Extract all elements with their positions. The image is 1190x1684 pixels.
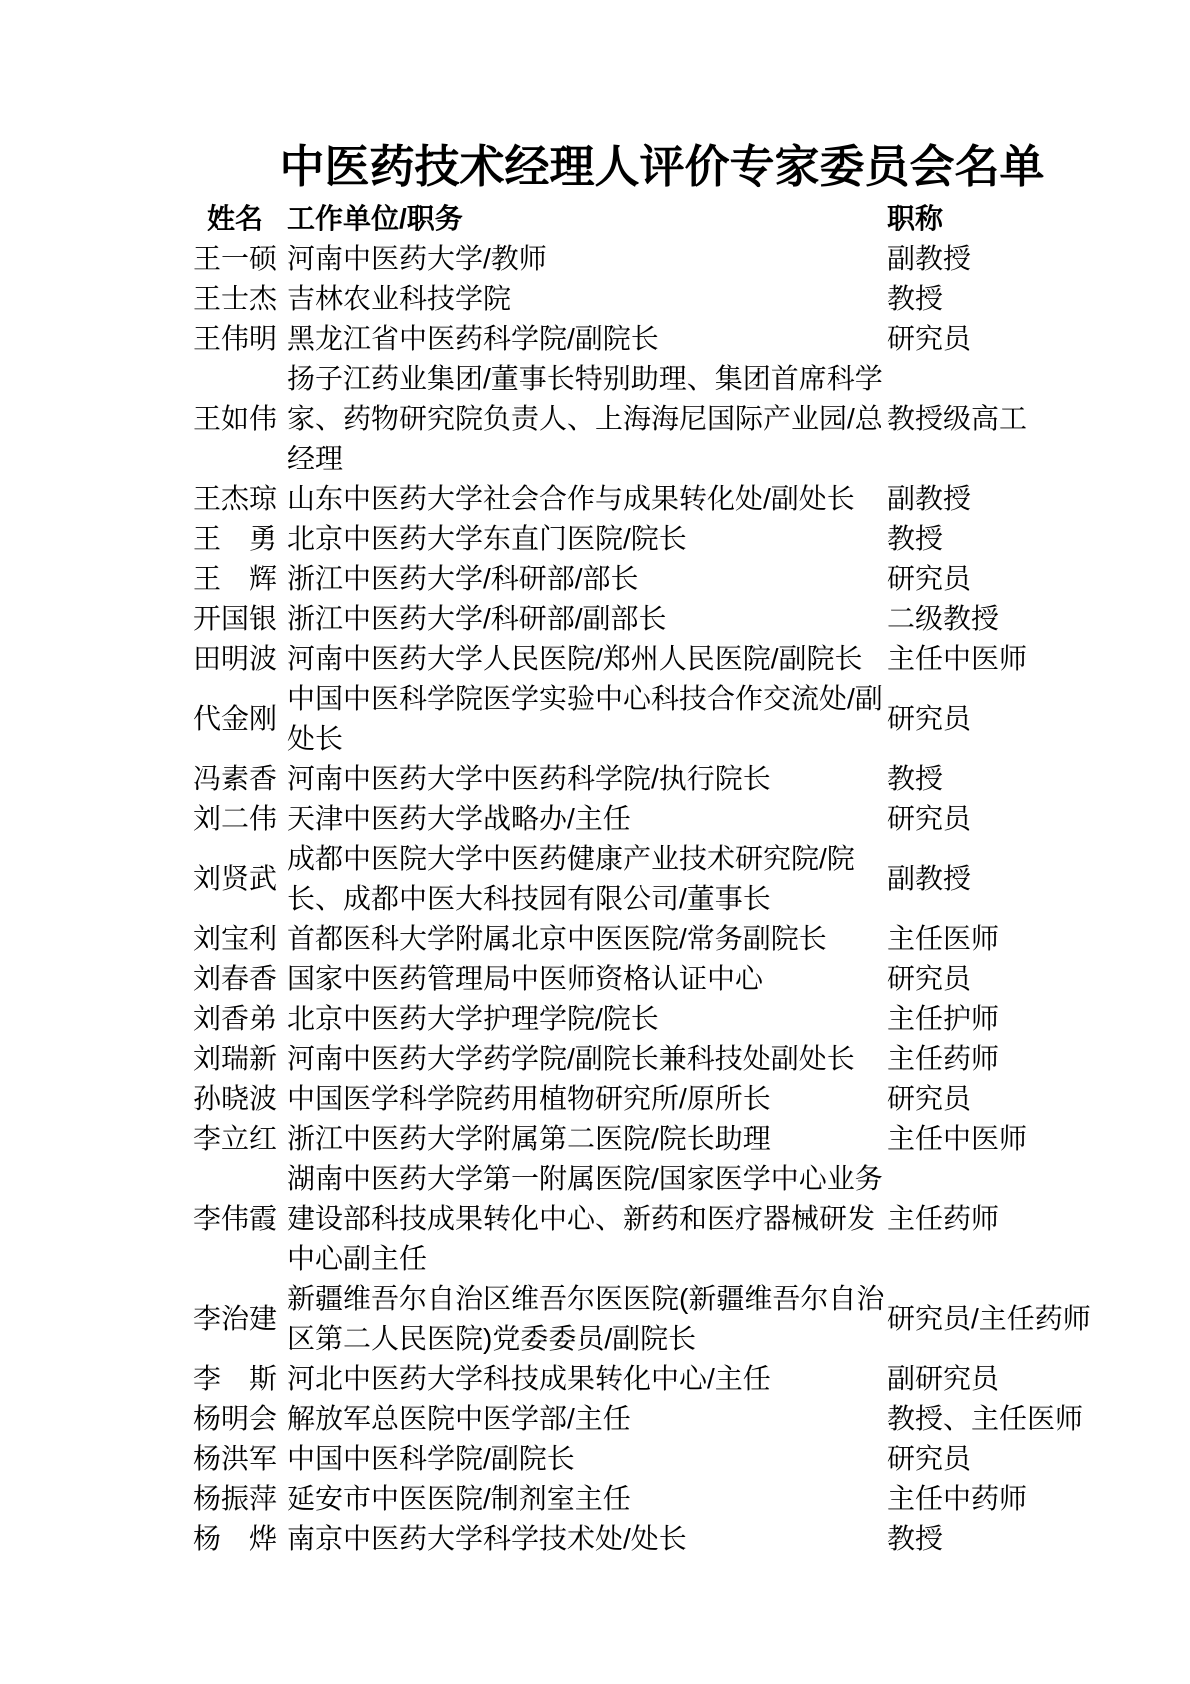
expert-work-unit: 浙江中医药大学/科研部/副部长 (287, 599, 887, 639)
expert-name: 冯素香 (190, 759, 280, 799)
expert-rank: 副教授 (887, 479, 1120, 519)
expert-rank: 主任护师 (887, 999, 1120, 1039)
expert-name: 杨振萍 (190, 1479, 280, 1519)
table-row: 刘香弟 北京中医药大学护理学院/院长 主任护师 (190, 999, 1120, 1039)
expert-rank: 研究员 (887, 1079, 1120, 1119)
expert-work-unit: 北京中医药大学护理学院/院长 (287, 999, 887, 1039)
table-row: 冯素香 河南中医药大学中医药科学院/执行院长 教授 (190, 759, 1120, 799)
table-row: 王杰琼 山东中医药大学社会合作与成果转化处/副处长 副教授 (190, 479, 1120, 519)
expert-work-unit: 河南中医药大学人民医院/郑州人民医院/副院长 (287, 639, 887, 679)
expert-rank: 教授 (887, 279, 1120, 319)
expert-work-unit: 首都医科大学附属北京中医医院/常务副院长 (287, 919, 887, 959)
table-row: 杨明会 解放军总医院中医学部/主任 教授、主任医师 (190, 1399, 1120, 1439)
expert-rank: 副教授 (887, 859, 1120, 899)
table-row: 王伟明 黑龙江省中医药科学院/副院长 研究员 (190, 319, 1120, 359)
expert-name: 田明波 (190, 639, 280, 679)
table-row: 李立红 浙江中医药大学附属第二医院/院长助理 主任中医师 (190, 1119, 1120, 1159)
expert-rank: 研究员 (887, 1439, 1120, 1479)
expert-work-unit: 中国中医科学院医学实验中心科技合作交流处/副处长 (287, 679, 887, 759)
table-header-row: 姓名 工作单位/职务 职称 (190, 199, 1120, 239)
expert-work-unit: 延安市中医医院/制剂室主任 (287, 1479, 887, 1519)
expert-work-unit: 解放军总医院中医学部/主任 (287, 1399, 887, 1439)
expert-work-unit: 浙江中医药大学/科研部/部长 (287, 559, 887, 599)
expert-name: 刘瑞新 (190, 1039, 280, 1079)
expert-rank: 研究员 (887, 699, 1120, 739)
expert-rank: 教授 (887, 759, 1120, 799)
expert-name: 杨明会 (190, 1399, 280, 1439)
table-body: 王一硕 河南中医药大学/教师 副教授 王士杰 吉林农业科技学院 教授 王伟明 黑… (190, 239, 1120, 1559)
expert-name: 杨 烨 (190, 1519, 280, 1559)
table-row: 杨 烨 南京中医药大学科学技术处/处长 教授 (190, 1519, 1120, 1559)
expert-name: 刘春香 (190, 959, 280, 999)
expert-work-unit: 成都中医院大学中医药健康产业技术研究院/院长、成都中医大科技园有限公司/董事长 (287, 839, 887, 919)
expert-name: 李治建 (190, 1299, 280, 1339)
table-row: 李 斯 河北中医药大学科技成果转化中心/主任 副研究员 (190, 1359, 1120, 1399)
expert-rank: 主任中医师 (887, 639, 1120, 679)
expert-rank: 研究员 (887, 799, 1120, 839)
expert-work-unit: 扬子江药业集团/董事长特别助理、集团首席科学家、药物研究院负责人、上海海尼国际产… (287, 359, 887, 479)
expert-name: 李立红 (190, 1119, 280, 1159)
expert-rank: 主任中医师 (887, 1119, 1120, 1159)
expert-rank: 研究员 (887, 559, 1120, 599)
expert-work-unit: 南京中医药大学科学技术处/处长 (287, 1519, 887, 1559)
expert-rank: 主任药师 (887, 1039, 1120, 1079)
expert-work-unit: 山东中医药大学社会合作与成果转化处/副处长 (287, 479, 887, 519)
table-row: 代金刚 中国中医科学院医学实验中心科技合作交流处/副处长 研究员 (190, 679, 1120, 759)
table-row: 开国银 浙江中医药大学/科研部/副部长 二级教授 (190, 599, 1120, 639)
expert-rank: 主任药师 (887, 1199, 1120, 1239)
table-row: 刘瑞新 河南中医药大学药学院/副院长兼科技处副处长 主任药师 (190, 1039, 1120, 1079)
expert-name: 代金刚 (190, 699, 280, 739)
table-row: 孙晓波 中国医学科学院药用植物研究所/原所长 研究员 (190, 1079, 1120, 1119)
expert-rank: 教授 (887, 1519, 1120, 1559)
expert-name: 王 辉 (190, 559, 280, 599)
expert-name: 王士杰 (190, 279, 280, 319)
document-page: 中医药技术经理人评价专家委员会名单 姓名 工作单位/职务 职称 王一硕 河南中医… (0, 0, 1190, 1684)
expert-rank: 研究员 (887, 959, 1120, 999)
expert-work-unit: 湖南中医药大学第一附属医院/国家医学中心业务建设部科技成果转化中心、新药和医疗器… (287, 1159, 887, 1279)
expert-work-unit: 新疆维吾尔自治区维吾尔医医院(新疆维吾尔自治区第二人民医院)党委委员/副院长 (287, 1279, 887, 1359)
expert-rank: 教授、主任医师 (887, 1399, 1120, 1439)
expert-name: 王伟明 (190, 319, 280, 359)
expert-work-unit: 河南中医药大学中医药科学院/执行院长 (287, 759, 887, 799)
expert-rank: 副教授 (887, 239, 1120, 279)
table-row: 刘贤武 成都中医院大学中医药健康产业技术研究院/院长、成都中医大科技园有限公司/… (190, 839, 1120, 919)
table-row: 王一硕 河南中医药大学/教师 副教授 (190, 239, 1120, 279)
expert-rank: 二级教授 (887, 599, 1120, 639)
expert-work-unit: 黑龙江省中医药科学院/副院长 (287, 319, 887, 359)
table-row: 刘宝利 首都医科大学附属北京中医医院/常务副院长 主任医师 (190, 919, 1120, 959)
document-title: 中医药技术经理人评价专家委员会名单 (134, 136, 1190, 198)
column-header-name: 姓名 (190, 199, 280, 239)
expert-work-unit: 国家中医药管理局中医师资格认证中心 (287, 959, 887, 999)
table-row: 李治建 新疆维吾尔自治区维吾尔医医院(新疆维吾尔自治区第二人民医院)党委委员/副… (190, 1279, 1120, 1359)
expert-name: 刘宝利 (190, 919, 280, 959)
expert-name: 刘贤武 (190, 859, 280, 899)
expert-name: 王一硕 (190, 239, 280, 279)
expert-work-unit: 中国医学科学院药用植物研究所/原所长 (287, 1079, 887, 1119)
expert-name: 开国银 (190, 599, 280, 639)
expert-name: 刘二伟 (190, 799, 280, 839)
expert-work-unit: 中国中医科学院/副院长 (287, 1439, 887, 1479)
expert-rank: 主任中药师 (887, 1479, 1120, 1519)
table-row: 王如伟 扬子江药业集团/董事长特别助理、集团首席科学家、药物研究院负责人、上海海… (190, 359, 1120, 479)
expert-rank: 教授级高工 (887, 399, 1120, 439)
expert-work-unit: 浙江中医药大学附属第二医院/院长助理 (287, 1119, 887, 1159)
expert-work-unit: 吉林农业科技学院 (287, 279, 887, 319)
expert-rank: 研究员/主任药师 (887, 1299, 1120, 1339)
table-row: 王 辉 浙江中医药大学/科研部/部长 研究员 (190, 559, 1120, 599)
table-row: 刘春香 国家中医药管理局中医师资格认证中心 研究员 (190, 959, 1120, 999)
table-row: 李伟霞 湖南中医药大学第一附属医院/国家医学中心业务建设部科技成果转化中心、新药… (190, 1159, 1120, 1279)
table-row: 杨洪军 中国中医科学院/副院长 研究员 (190, 1439, 1120, 1479)
expert-rank: 副研究员 (887, 1359, 1120, 1399)
column-header-rank: 职称 (887, 199, 1120, 239)
table-row: 王 勇 北京中医药大学东直门医院/院长 教授 (190, 519, 1120, 559)
table-row: 杨振萍 延安市中医医院/制剂室主任 主任中药师 (190, 1479, 1120, 1519)
expert-rank: 主任医师 (887, 919, 1120, 959)
expert-work-unit: 河南中医药大学药学院/副院长兼科技处副处长 (287, 1039, 887, 1079)
expert-work-unit: 北京中医药大学东直门医院/院长 (287, 519, 887, 559)
expert-work-unit: 河南中医药大学/教师 (287, 239, 887, 279)
expert-name: 孙晓波 (190, 1079, 280, 1119)
expert-work-unit: 天津中医药大学战略办/主任 (287, 799, 887, 839)
expert-name: 王 勇 (190, 519, 280, 559)
table-row: 刘二伟 天津中医药大学战略办/主任 研究员 (190, 799, 1120, 839)
expert-rank: 教授 (887, 519, 1120, 559)
expert-rank: 研究员 (887, 319, 1120, 359)
expert-name: 王如伟 (190, 399, 280, 439)
expert-name: 李 斯 (190, 1359, 280, 1399)
experts-table: 姓名 工作单位/职务 职称 王一硕 河南中医药大学/教师 副教授 王士杰 吉林农… (190, 199, 1120, 1559)
expert-name: 刘香弟 (190, 999, 280, 1039)
expert-name: 李伟霞 (190, 1199, 280, 1239)
table-row: 王士杰 吉林农业科技学院 教授 (190, 279, 1120, 319)
table-row: 田明波 河南中医药大学人民医院/郑州人民医院/副院长 主任中医师 (190, 639, 1120, 679)
expert-name: 杨洪军 (190, 1439, 280, 1479)
expert-work-unit: 河北中医药大学科技成果转化中心/主任 (287, 1359, 887, 1399)
expert-name: 王杰琼 (190, 479, 280, 519)
column-header-work-unit: 工作单位/职务 (287, 199, 887, 239)
